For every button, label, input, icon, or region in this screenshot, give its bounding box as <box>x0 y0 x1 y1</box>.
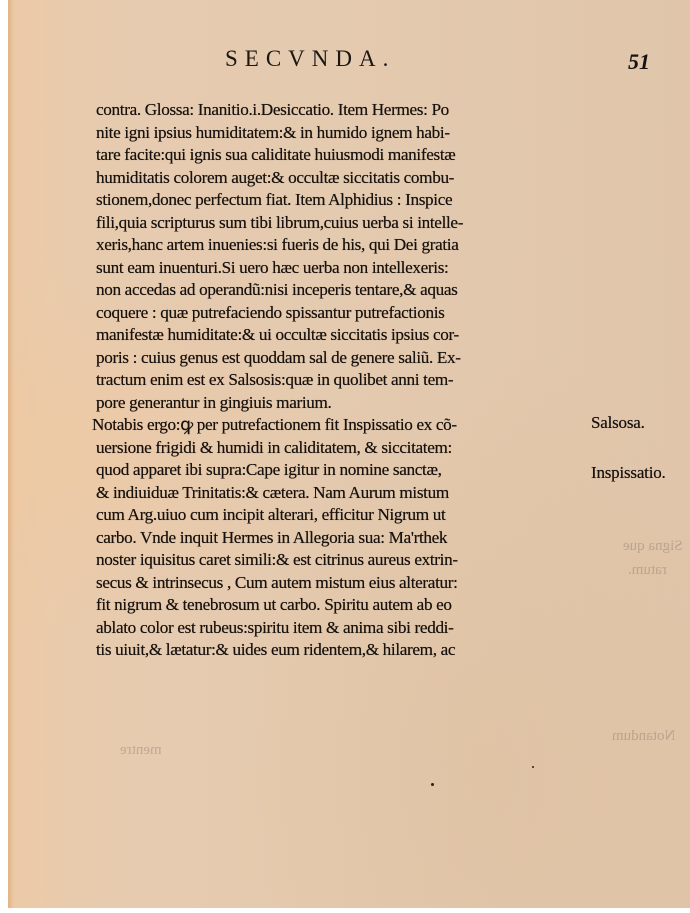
text-line: non accedas ad operandũ:nisi inceperis t… <box>96 279 586 302</box>
show-through-text: ratum. <box>628 562 667 579</box>
marginal-note-inspissatio: Inspissatio. <box>591 463 666 483</box>
text-line: quod apparet ibi supra:Cape igitur in no… <box>96 459 586 482</box>
text-line: stionem,donec perfectum fiat. Item Alphi… <box>96 189 586 212</box>
text-line-paragraph-start: Notabis ergo:ꝙ per putrefactionem fit In… <box>92 414 586 437</box>
show-through-text: mentre <box>120 742 162 759</box>
text-line: pore generantur in gingiuis marium. <box>96 392 586 415</box>
marginal-note-salsosa: Salsosa. <box>591 413 645 433</box>
text-line: coquere : quæ putrefaciendo spissantur p… <box>96 302 586 325</box>
text-line: fit nigrum & tenebrosum ut carbo. Spirit… <box>96 594 586 617</box>
text-line: uersione frigidi & humidi in caliditatem… <box>96 437 586 460</box>
text-line: humiditatis colorem auget:& occultæ sicc… <box>96 167 586 190</box>
text-line: manifestæ humiditate:& ui occultæ siccit… <box>96 324 586 347</box>
text-line: noster iquisitus caret simili:& est citr… <box>96 549 586 572</box>
text-line: tare facite:qui ignis sua caliditate hui… <box>96 144 586 167</box>
book-page: SECVNDA. 51 contra. Glossa: Inanitio.i.D… <box>8 0 690 908</box>
paper-speck <box>431 783 434 786</box>
text-line: carbo. Vnde inquit Hermes in Allegoria s… <box>96 527 586 550</box>
running-head: SECVNDA. <box>225 46 395 72</box>
text-line: cum Arg.uiuo cum incipit alterari, effic… <box>96 504 586 527</box>
paper-speck <box>532 766 534 768</box>
body-text: contra. Glossa: Inanitio.i.Desiccatio. I… <box>96 99 586 662</box>
text-line: contra. Glossa: Inanitio.i.Desiccatio. I… <box>96 99 586 122</box>
text-line: sunt eam inuenturi.Si uero hæc uerba non… <box>96 257 586 280</box>
show-through-text: Notandum <box>612 728 675 745</box>
text-line: fili,quia scripturus sum tibi librum,cui… <box>96 212 586 235</box>
text-line: xeris,hanc artem inuenies:si fueris de h… <box>96 234 586 257</box>
text-line: & indiuiduæ Trinitatis:& cætera. Nam Aur… <box>96 482 586 505</box>
page-number: 51 <box>628 49 650 75</box>
show-through-text: Signa que <box>623 538 683 555</box>
text-line: secus & intrinsecus , Cum autem mistum e… <box>96 572 586 595</box>
text-line: tractum enim est ex Salsosis:quæ in quol… <box>96 369 586 392</box>
text-line: nite igni ipsius humiditatem:& in humido… <box>96 122 586 145</box>
text-line: poris : cuius genus est quoddam sal de g… <box>96 347 586 370</box>
text-line: tis uiuit,& lætatur:& uides eum ridentem… <box>96 639 586 662</box>
text-line: ablato color est rubeus:spiritu item & a… <box>96 617 586 640</box>
